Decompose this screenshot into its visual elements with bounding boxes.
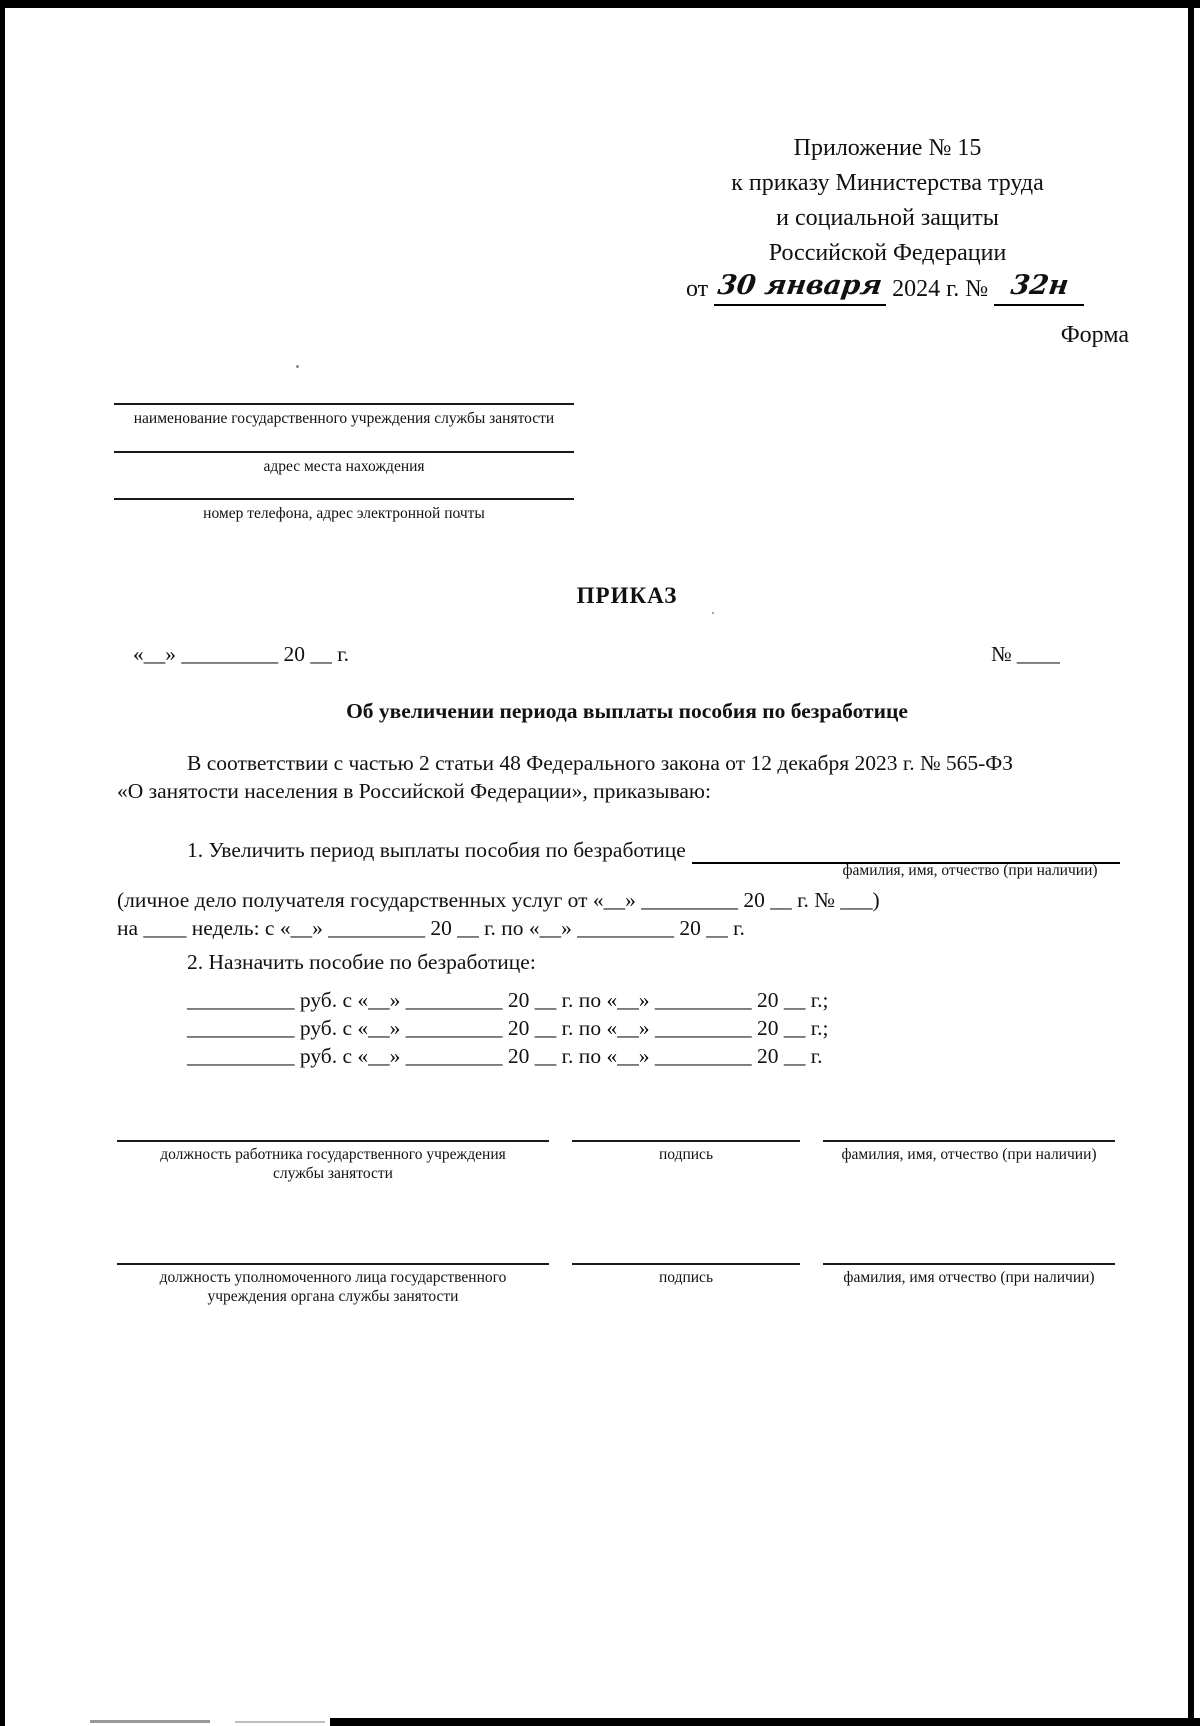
intro-line: «О занятости населения в Российской Феде… <box>117 777 1177 805</box>
scan-noise-dot <box>712 612 714 614</box>
appendix-header-line: к приказу Министерства труда <box>660 166 1115 201</box>
org-name-field: наименование государственного учреждения… <box>114 403 574 428</box>
signature2-position-line: должность уполномоченного лица государст… <box>117 1263 549 1306</box>
org-contacts-field: номер телефона, адрес электронной почты <box>114 498 574 523</box>
appendix-header: Приложение № 15 к приказу Министерства т… <box>660 131 1115 306</box>
item1-fio-blank <box>692 838 1120 864</box>
item2-text: 2. Назначить пособие по безработице: <box>117 948 536 976</box>
org-name-caption: наименование государственного учреждения… <box>114 405 574 428</box>
signature2-fio-line: фамилия, имя отчество (при наличии) <box>823 1263 1115 1287</box>
handwritten-date: 30 января <box>716 271 884 301</box>
scan-edge-left <box>0 0 5 1726</box>
scan-edge-bottom-dash <box>90 1720 210 1723</box>
date-year-part: 2024 г. № <box>892 273 988 306</box>
item1-row: 1. Увеличить период выплаты пособия по б… <box>117 836 1120 864</box>
signature2-position-caption: должность уполномоченного лица государст… <box>117 1265 549 1287</box>
item1-case-line: (личное дело получателя государственных … <box>117 886 880 914</box>
signature2-sign-caption: подпись <box>572 1265 800 1287</box>
scan-edge-bottom <box>330 1718 1200 1726</box>
signature1-position-caption: должность работника государственного учр… <box>117 1142 549 1164</box>
appendix-header-line: Российской Федерации <box>660 236 1115 271</box>
appendix-date-line: от 30 января 2024 г. № 32н <box>660 271 1115 306</box>
signature2-position-caption: учреждения органа службы занятости <box>117 1287 549 1306</box>
scan-edge-top <box>0 0 1200 8</box>
signature1-fio-line: фамилия, имя, отчество (при наличии) <box>823 1140 1115 1164</box>
org-contacts-caption: номер телефона, адрес электронной почты <box>114 500 574 523</box>
signature2-sign-line: подпись <box>572 1263 800 1287</box>
item1-fio-caption: фамилия, имя, отчество (при наличии) <box>810 862 1130 880</box>
signature2-fio-caption: фамилия, имя отчество (при наличии) <box>823 1265 1115 1287</box>
order-number-blank: № ____ <box>991 640 1060 668</box>
handwritten-date-blank: 30 января <box>714 271 886 306</box>
benefit-amount-row: __________ руб. с «__» _________ 20 __ г… <box>187 986 828 1014</box>
order-subject: Об увеличении периода выплаты пособия по… <box>117 699 1137 724</box>
org-address-caption: адрес места нахождения <box>114 453 574 476</box>
intro-line: В соответствии с частью 2 статьи 48 Феде… <box>117 749 1177 777</box>
signature1-fio-caption: фамилия, имя, отчество (при наличии) <box>823 1142 1115 1164</box>
appendix-header-line: Приложение № 15 <box>660 131 1115 166</box>
order-heading: ПРИКАЗ <box>117 583 1137 609</box>
item1-text: 1. Увеличить период выплаты пособия по б… <box>117 836 686 864</box>
item1-weeks-line: на ____ недель: с «__» _________ 20 __ г… <box>117 914 745 942</box>
scan-edge-right <box>1188 0 1194 1726</box>
handwritten-number-blank: 32н <box>994 271 1084 306</box>
signature1-sign-caption: подпись <box>572 1142 800 1164</box>
signature1-position-caption: службы занятости <box>117 1164 549 1183</box>
org-address-field: адрес места нахождения <box>114 451 574 476</box>
scan-noise-dot <box>296 365 299 368</box>
form-label: Форма <box>1061 322 1129 349</box>
order-date-blank: «__» _________ 20 __ г. <box>133 640 349 668</box>
scan-edge-bottom-dash <box>235 1721 325 1723</box>
scanned-order-form-page: Приложение № 15 к приказу Министерства т… <box>0 0 1200 1726</box>
appendix-header-line: и социальной защиты <box>660 201 1115 236</box>
date-prefix: от <box>686 273 708 306</box>
benefit-amount-row: __________ руб. с «__» _________ 20 __ г… <box>187 1042 822 1070</box>
signature1-position-line: должность работника государственного учр… <box>117 1140 549 1183</box>
signature1-sign-line: подпись <box>572 1140 800 1164</box>
benefit-amount-row: __________ руб. с «__» _________ 20 __ г… <box>187 1014 828 1042</box>
handwritten-order-number: 32н <box>1008 271 1069 301</box>
